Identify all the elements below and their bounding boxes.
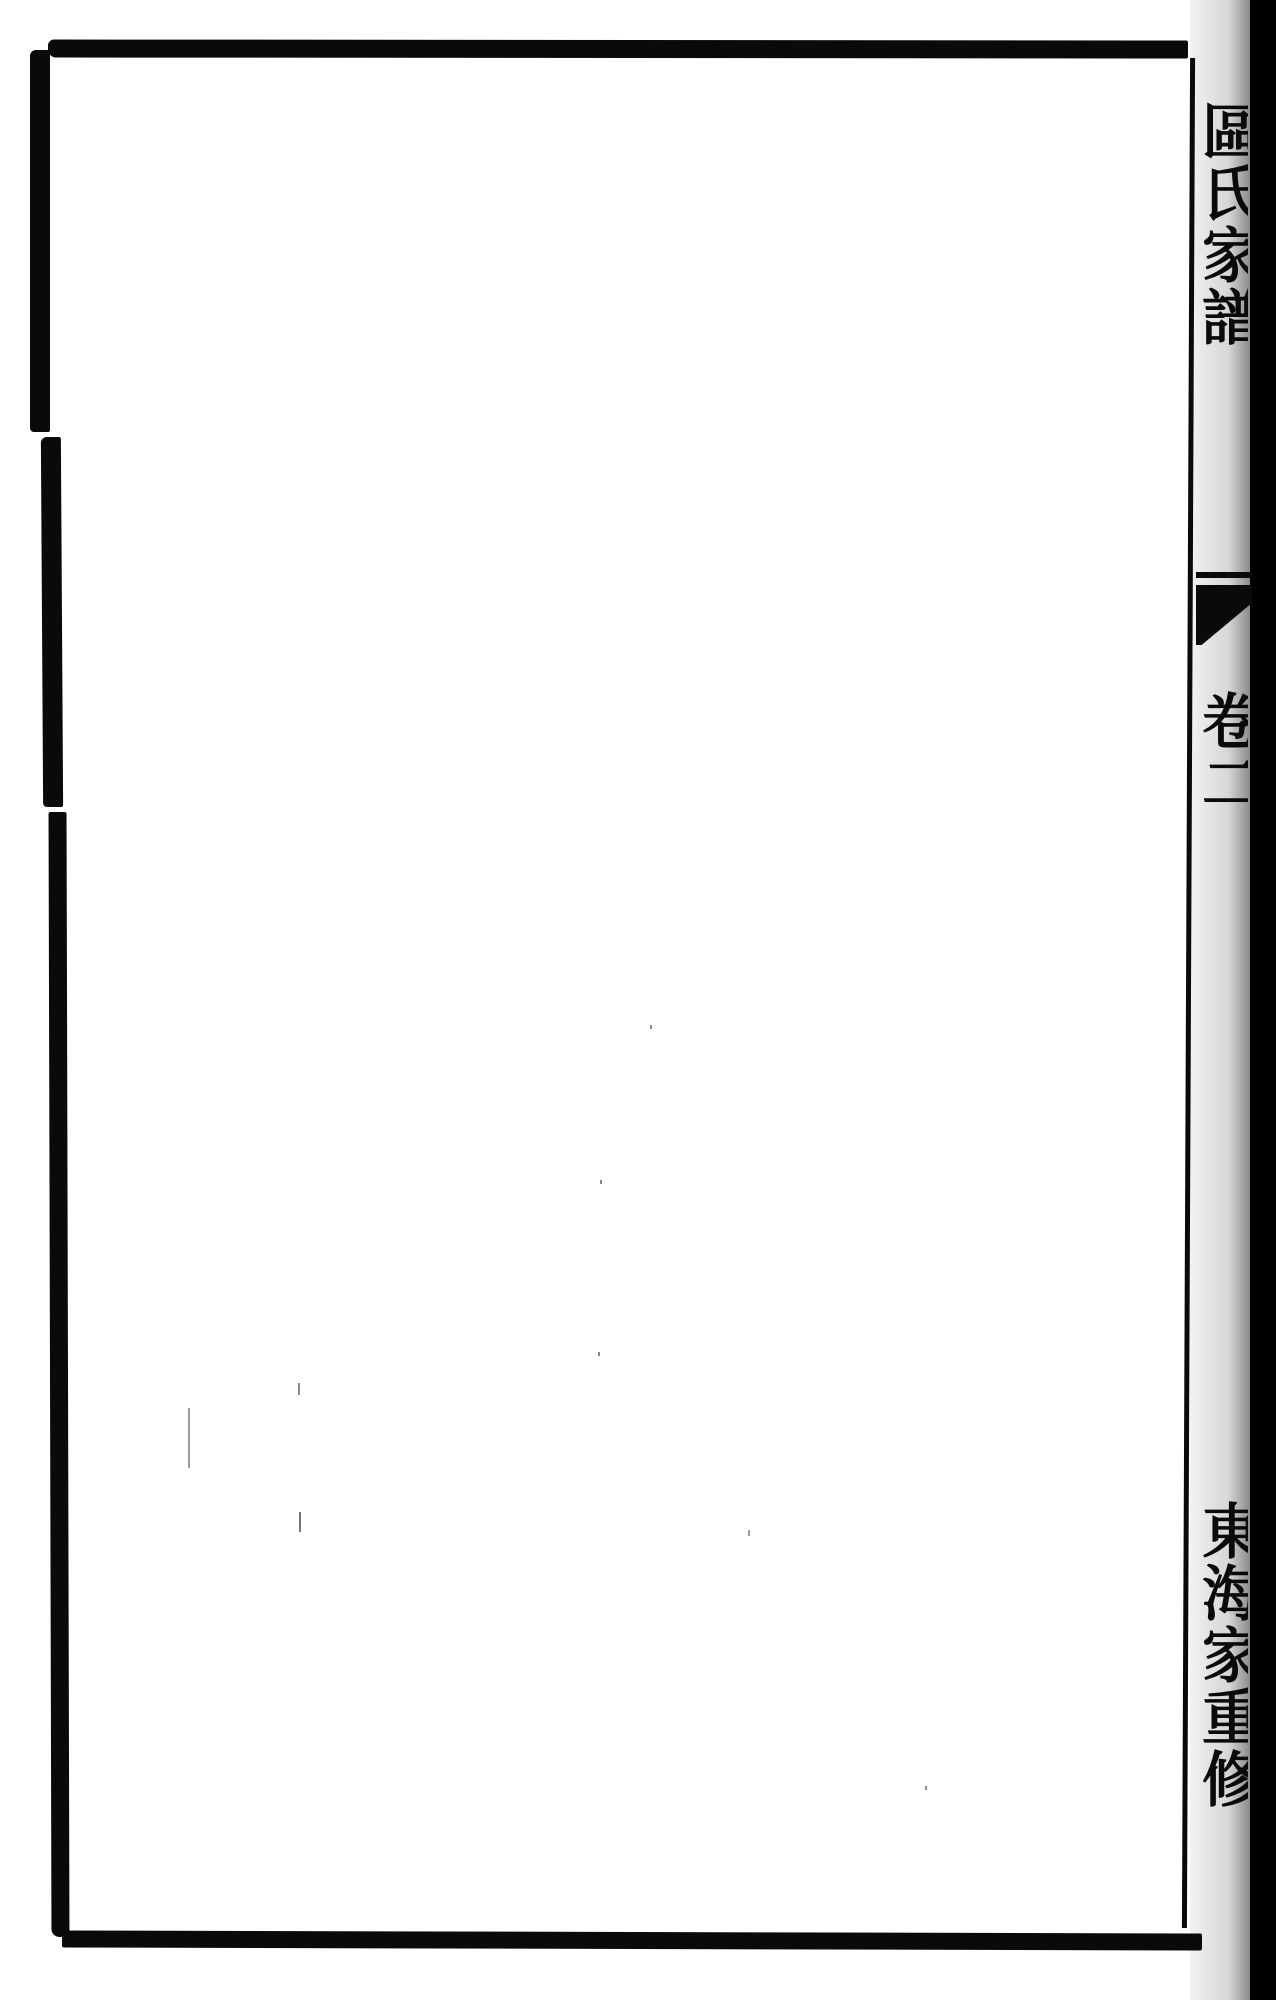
frame-border-top	[48, 40, 1188, 59]
frame-border-left	[49, 812, 70, 1937]
frame-border-left	[30, 50, 50, 432]
main-panel	[70, 60, 1180, 1930]
scan-speck	[650, 1025, 652, 1029]
frame-border-bottom	[62, 1931, 1202, 1951]
scan-speck	[925, 1786, 927, 1790]
scan-speck	[298, 1383, 300, 1395]
scan-speck	[600, 1180, 602, 1184]
scan-speck	[598, 1352, 600, 1356]
book-page: 區氏家譜 卷二 東海家重修	[0, 0, 1276, 2000]
fishtail-rule	[1196, 572, 1252, 578]
scan-speck	[299, 1512, 301, 1532]
scan-speck	[748, 1530, 750, 1536]
gutter-shadow	[1250, 0, 1276, 2000]
frame-border-left	[41, 437, 63, 807]
scan-speck	[188, 1408, 190, 1468]
